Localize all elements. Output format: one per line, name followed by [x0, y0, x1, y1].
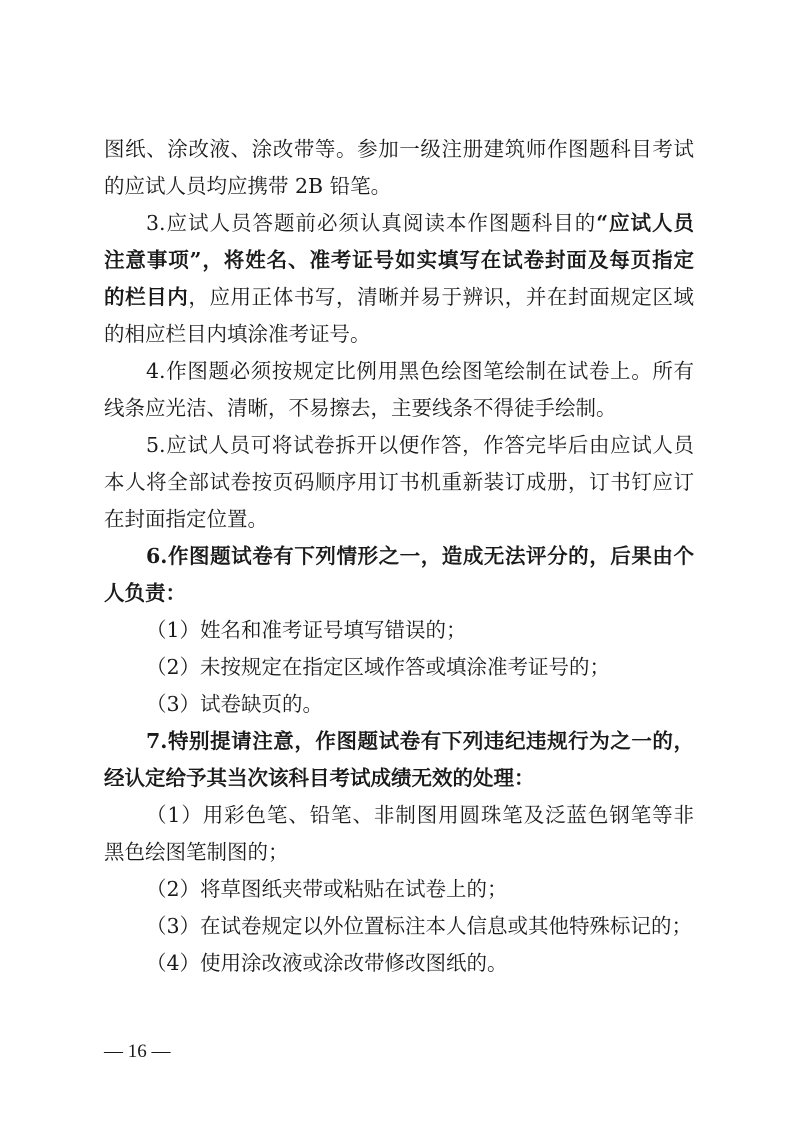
text-line: 在封面指定位置。	[104, 501, 694, 538]
text-segment: （3）在试卷规定以外位置标注本人信息或其他特殊标记的；	[146, 914, 692, 938]
text-segment: （1）用彩色笔、铅笔、非制图用圆珠笔及泛蓝色钢笔等非	[146, 803, 694, 827]
sub-item-line: （3）试卷缺页的。	[104, 686, 694, 723]
bold-segment: 人负责：	[104, 581, 186, 605]
text-segment: 的相应栏目内填涂准考证号。	[104, 322, 371, 346]
text-line: 人负责：	[104, 575, 694, 612]
item-7-line: 7.特别提请注意，作图题试卷有下列违纪违规行为之一的，	[104, 723, 694, 760]
text-segment: （3）试卷缺页的。	[146, 692, 323, 716]
text-segment: 本人将全部试卷按页码顺序用订书机重新装订成册，订书钉应订	[104, 470, 694, 494]
sub-item-line: （4）使用涂改液或涂改带修改图纸的。	[104, 945, 694, 982]
text-line: 图纸、涂改液、涂改带等。参加一级注册建筑师作图题科目考试	[104, 131, 694, 168]
text-segment: 4.作图题必须按规定比例用黑色绘图笔绘制在试卷上。所有	[146, 359, 694, 383]
text-line: 注意事项”，将姓名、准考证号如实填写在试卷封面及每页指定	[104, 242, 694, 279]
text-line: 的应试人员均应携带 2B 铅笔。	[104, 168, 694, 205]
bold-segment: 6.作图题试卷有下列情形之一，造成无法评分的，后果由个	[146, 544, 694, 568]
text-line: 经认定给予其当次该科目考试成绩无效的处理：	[104, 760, 694, 797]
text-segment: （2）将草图纸夹带或粘贴在试卷上的；	[146, 877, 508, 901]
text-segment: 5.应试人员可将试卷拆开以便作答，作答完毕后由应试人员	[146, 433, 694, 457]
text-segment: 3.应试人员答题前必须认真阅读本作图题科目的	[146, 211, 596, 235]
bold-segment: 7.特别提请注意，作图题试卷有下列违纪违规行为之一的，	[146, 729, 694, 753]
document-body: 图纸、涂改液、涂改带等。参加一级注册建筑师作图题科目考试 的应试人员均应携带 2…	[104, 131, 694, 982]
item-6-line: 6.作图题试卷有下列情形之一，造成无法评分的，后果由个	[104, 538, 694, 575]
text-segment: ，应用正体书写，清晰并易于辨识，并在封面规定区域	[188, 285, 694, 309]
item-4-line: 4.作图题必须按规定比例用黑色绘图笔绘制在试卷上。所有	[104, 353, 694, 390]
text-line: 黑色绘图笔制图的；	[104, 834, 694, 871]
text-segment: 黑色绘图笔制图的；	[104, 840, 289, 864]
page-number: — 16 —	[104, 1040, 171, 1064]
sub-item-line: （2）将草图纸夹带或粘贴在试卷上的；	[104, 871, 694, 908]
text-segment: 的应试人员均应携带 2B 铅笔。	[104, 174, 391, 198]
text-segment: （4）使用涂改液或涂改带修改图纸的。	[146, 951, 508, 975]
text-line: 线条应光洁、清晰，不易擦去，主要线条不得徒手绘制。	[104, 390, 694, 427]
text-line: 本人将全部试卷按页码顺序用订书机重新装订成册，订书钉应订	[104, 464, 694, 501]
text-segment: 图纸、涂改液、涂改带等。参加一级注册建筑师作图题科目考试	[104, 137, 694, 161]
text-line: 的栏目内，应用正体书写，清晰并易于辨识，并在封面规定区域	[104, 279, 694, 316]
bold-segment: “应试人员	[596, 211, 694, 235]
text-segment: （2）未按规定在指定区域作答或填涂准考证号的；	[146, 655, 610, 679]
item-5-line: 5.应试人员可将试卷拆开以便作答，作答完毕后由应试人员	[104, 427, 694, 464]
text-segment: 线条应光洁、清晰，不易擦去，主要线条不得徒手绘制。	[104, 396, 617, 420]
item-3-line: 3.应试人员答题前必须认真阅读本作图题科目的“应试人员	[104, 205, 694, 242]
text-segment: （1）姓名和准考证号填写错误的；	[146, 618, 467, 642]
text-segment: 在封面指定位置。	[104, 507, 268, 531]
sub-item-line: （1）用彩色笔、铅笔、非制图用圆珠笔及泛蓝色钢笔等非	[104, 797, 694, 834]
text-line: 的相应栏目内填涂准考证号。	[104, 316, 694, 353]
bold-segment: 注意事项”，将姓名、准考证号如实填写在试卷封面及每页指定	[104, 248, 694, 272]
bold-segment: 经认定给予其当次该科目考试成绩无效的处理：	[104, 766, 535, 790]
sub-item-line: （3）在试卷规定以外位置标注本人信息或其他特殊标记的；	[104, 908, 694, 945]
sub-item-line: （1）姓名和准考证号填写错误的；	[104, 612, 694, 649]
bold-segment: 的栏目内	[104, 285, 188, 309]
sub-item-line: （2）未按规定在指定区域作答或填涂准考证号的；	[104, 649, 694, 686]
